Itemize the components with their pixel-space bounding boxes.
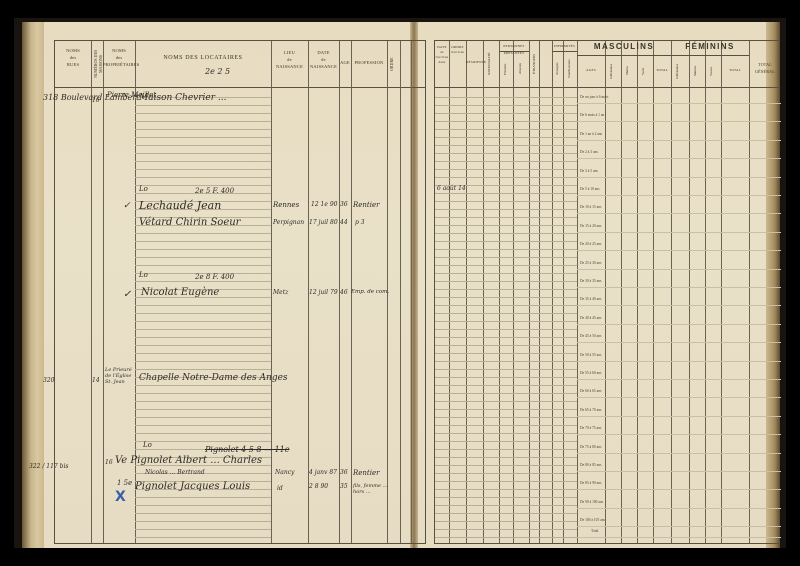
ruled-line <box>435 289 577 290</box>
header-infirmites: INFIRMITÉS <box>552 43 577 50</box>
age-bracket-label: Total <box>591 529 598 533</box>
header-nationalite: NATIONALITÉ <box>487 45 491 83</box>
ruled-line <box>435 369 577 370</box>
header-absents: Absents <box>518 55 522 83</box>
ruled-line <box>135 313 271 314</box>
age-bracket-label: De 15 à 20 ans <box>580 224 601 228</box>
entry-date: 4 janv 87 <box>309 469 337 476</box>
ruled-line <box>435 105 577 106</box>
ruled-line <box>435 529 577 530</box>
header-celibataires-f: Célibataires <box>675 59 679 83</box>
age-bracket-label: De un jour à 6 mois <box>580 95 608 99</box>
ruled-line <box>135 145 271 146</box>
header-numeros: NUMÉROS DES MAISONS <box>93 45 103 83</box>
ruled-line <box>435 321 577 322</box>
ruled-line <box>435 537 577 538</box>
header-maries: Mariés <box>625 59 629 83</box>
ruled-line <box>435 129 577 130</box>
ruled-line <box>435 393 577 394</box>
header-ordre-arrivee: ORDRE d'arrivée <box>449 45 466 55</box>
age-bracket-label: De 50 à 55 ans <box>580 353 601 357</box>
entry-date: 17 juil 80 <box>309 219 338 226</box>
entry-age: 46 <box>340 289 348 296</box>
ruled-line <box>135 409 271 410</box>
ruled-line <box>135 361 271 362</box>
header-divider <box>435 87 779 88</box>
header-aveugles: Aveugles <box>555 55 559 83</box>
entry-profession: Emp. de com. <box>351 289 389 295</box>
age-bracket-rule <box>577 434 781 435</box>
right-table: DATE de l'arrivée dans ORDRE d'arrivée R… <box>434 40 780 544</box>
header-masculins: MASCULINS <box>577 43 671 50</box>
ruled-line <box>135 497 271 498</box>
entry-age: 36 <box>340 469 348 476</box>
ruled-line <box>435 169 577 170</box>
age-bracket-label: De 6 mois à 1 an <box>580 113 604 117</box>
ruled-line <box>435 305 577 306</box>
ruled-line <box>435 313 577 314</box>
ruled-line <box>435 441 577 442</box>
age-bracket-rule <box>577 287 781 288</box>
ruled-line <box>435 433 577 434</box>
entry-locataire: Maison Chevrier ... <box>139 93 227 103</box>
entry-profession: fils, femme ... hors ... <box>353 483 389 495</box>
ruled-line <box>135 425 271 426</box>
header-feminins: FÉMININS <box>671 43 749 50</box>
ruled-line <box>435 521 577 522</box>
header-age: AGE <box>339 59 351 66</box>
ruled-line <box>435 121 577 122</box>
header-noms-des-rues: NOMS des RUES <box>55 47 91 68</box>
ruled-line <box>435 401 577 402</box>
header-veuves: Veuves <box>709 59 713 83</box>
entry-prefix: 1 5e <box>117 479 132 487</box>
entry-locataire: Lechaudé Jean <box>139 199 221 212</box>
age-bracket-label: De 3 à 5 ans <box>580 169 598 173</box>
ruled-line <box>435 153 577 154</box>
ruled-line <box>135 305 271 306</box>
entry-age: 36 <box>340 201 348 208</box>
ruled-line <box>135 353 271 354</box>
header-celibataires-m: Célibataires <box>609 59 613 83</box>
entry-floor-note: 2e 8 F. 400 <box>195 273 234 281</box>
header-total-f: TOTAL <box>721 67 749 74</box>
entry-age: 44 <box>340 219 348 226</box>
entry-age: 35 <box>340 483 348 490</box>
ruled-line <box>135 121 271 122</box>
ruled-line <box>135 161 271 162</box>
ruled-line <box>435 353 577 354</box>
entry-date: 12 1e 90 <box>311 201 337 208</box>
ruled-line <box>135 369 271 370</box>
age-bracket-label: De 100 à 105 ans <box>580 518 605 522</box>
age-bracket-rule <box>577 508 781 509</box>
ruled-line <box>435 497 577 498</box>
ruled-line <box>435 113 577 114</box>
ruled-line <box>435 425 577 426</box>
age-bracket-rule <box>577 416 781 417</box>
header-veufs: Veufs <box>641 59 645 83</box>
ruled-line <box>135 417 271 418</box>
header-etrangers: ÉTRANGERS <box>532 45 536 83</box>
ruled-line <box>135 265 271 266</box>
age-bracket-rule <box>577 526 781 527</box>
entry-locataire-struck: Pignolet 4 5 8 — 11e <box>205 445 289 454</box>
ruled-line <box>435 481 577 482</box>
entry-profession: Rentier <box>353 201 379 209</box>
ruled-line <box>435 137 577 138</box>
header-total-general: TOTAL GÉNÉRAL <box>749 61 781 75</box>
ruled-line <box>135 345 271 346</box>
header-proprietaires: NOMS des PROPRIÉTAIRES <box>103 47 135 68</box>
ruled-line <box>435 473 577 474</box>
ruled-line <box>435 361 577 362</box>
age-bracket-rule <box>577 537 781 538</box>
header-divider <box>55 87 425 88</box>
entry-prefix: Lo <box>139 271 148 279</box>
ruled-line <box>435 97 577 98</box>
ruled-line <box>435 457 577 458</box>
age-bracket-rule <box>577 379 781 380</box>
age-bracket-rule <box>577 232 781 233</box>
age-bracket-rule <box>577 397 781 398</box>
entry-date: 12 juil 79 <box>309 289 338 296</box>
ruled-line <box>435 193 577 194</box>
ruled-line <box>435 241 577 242</box>
entry-locataire: Chapelle Notre-Dame des Anges <box>139 373 288 383</box>
ruled-line <box>435 145 577 146</box>
entry-lieu: Metz <box>273 289 288 296</box>
ruled-line <box>435 249 577 250</box>
ruled-line <box>135 401 271 402</box>
ruled-line <box>435 417 577 418</box>
age-bracket-rule <box>577 158 781 159</box>
entry-locataire-line2: Nicolas ... Bertrand <box>145 469 205 476</box>
entry-numero: 16 <box>92 97 100 104</box>
entry-rue: 322 / 117 bis <box>29 463 69 470</box>
ruled-line <box>435 345 577 346</box>
entry-numero: 14 <box>92 377 100 384</box>
entry-locataire: Ve Pignolet Albert ... Charles <box>115 455 262 466</box>
ruled-line <box>435 177 577 178</box>
ruled-line <box>435 233 577 234</box>
entry-proprietaire: Le Prieuré de l'Église St. Jean <box>105 367 135 385</box>
ruled-line <box>435 489 577 490</box>
entry-rue: 320 <box>43 377 54 384</box>
age-bracket-label: De 75 à 80 ans <box>580 445 601 449</box>
ruled-line <box>135 137 271 138</box>
age-bracket-rule <box>577 453 781 454</box>
ruled-line <box>435 329 577 330</box>
blue-cross-mark-icon: X <box>115 489 126 505</box>
header-locataires: NOMS DES LOCATAIRES <box>135 55 271 62</box>
ruled-line <box>135 129 271 130</box>
age-bracket-label: De 30 à 35 ans <box>580 279 601 283</box>
header-ages: AGES <box>577 67 605 74</box>
age-bracket-label: De 80 à 85 ans <box>580 463 601 467</box>
ruled-line <box>135 513 271 514</box>
ruled-line <box>435 209 577 210</box>
ruled-line <box>135 433 271 434</box>
age-bracket-rule <box>577 269 781 270</box>
age-bracket-rule <box>577 140 781 141</box>
ruled-line <box>435 505 577 506</box>
entry-lieu: Nancy <box>275 469 294 476</box>
entry-lieu: Perpignan <box>273 219 304 226</box>
floor-note: 2e 2 5 <box>205 67 230 76</box>
entry-floor-note: 2e 5 F. 400 <box>195 187 234 195</box>
ruled-line <box>135 441 271 442</box>
ruled-line <box>135 233 271 234</box>
ruled-line <box>435 297 577 298</box>
age-bracket-label: De 70 à 75 ans <box>580 426 601 430</box>
ruled-line <box>135 177 271 178</box>
age-bracket-rule <box>577 305 781 306</box>
check-mark-icon: ✓ <box>123 201 131 211</box>
entry-date: 2 8 90 <box>309 483 328 490</box>
ruled-line <box>135 281 271 282</box>
ruled-line <box>135 337 271 338</box>
ruled-line <box>135 393 271 394</box>
ruled-line <box>135 105 271 106</box>
entry-locataire: Pignolet Jacques Louis <box>135 481 250 492</box>
age-bracket-rule <box>577 103 781 104</box>
ruled-line <box>435 161 577 162</box>
ruled-line <box>435 465 577 466</box>
age-bracket-label: De 5 à 10 ans <box>580 187 600 191</box>
age-bracket-label: De 25 à 30 ans <box>580 261 601 265</box>
header-sourds: Sourds-muets <box>567 55 571 83</box>
ruled-line <box>435 201 577 202</box>
entry-profession: Rentier <box>353 469 379 477</box>
check-mark-icon: ✓ <box>123 289 131 300</box>
ruled-line <box>435 281 577 282</box>
age-bracket-label: De 65 à 70 ans <box>580 408 601 412</box>
age-bracket-rule <box>577 471 781 472</box>
ruled-line <box>435 337 577 338</box>
age-bracket-label: De 60 à 65 ans <box>580 389 601 393</box>
ruled-line <box>435 385 577 386</box>
ruled-line <box>435 225 577 226</box>
ruled-line <box>135 169 271 170</box>
age-bracket-rule <box>577 324 781 325</box>
header-residence: RÉSIDENCE <box>466 59 483 66</box>
left-table: NOMS des RUES NUMÉROS DES MAISONS NOMS d… <box>54 40 426 544</box>
age-bracket-label: De 10 à 15 ans <box>580 205 601 209</box>
header-presents: Présents <box>503 55 507 83</box>
entry-prefix: Lo <box>139 185 148 193</box>
ruled-line <box>135 521 271 522</box>
age-bracket-label: De 2 à 3 ans <box>580 150 598 154</box>
age-bracket-rule <box>577 489 781 490</box>
age-bracket-rule <box>577 342 781 343</box>
age-bracket-rule <box>577 177 781 178</box>
ruled-line <box>435 273 577 274</box>
header-total-m: TOTAL <box>653 67 671 74</box>
ruled-line <box>135 505 271 506</box>
ruled-line <box>135 113 271 114</box>
ruled-line <box>435 265 577 266</box>
ruled-line <box>435 377 577 378</box>
age-bracket-label: De 45 à 50 ans <box>580 334 601 338</box>
entry-prefix: Lo <box>143 441 152 449</box>
ruled-line <box>435 449 577 450</box>
header-mariees: Mariées <box>693 59 697 83</box>
ruled-line <box>435 257 577 258</box>
ruled-line <box>135 321 271 322</box>
ruled-line <box>435 513 577 514</box>
age-bracket-label: De 40 à 45 ans <box>580 316 601 320</box>
age-bracket-label: De 1 an à 2 ans <box>580 132 602 136</box>
header-date-arrivee: DATE de l'arrivée dans <box>435 45 449 65</box>
ruled-line <box>435 409 577 410</box>
age-bracket-label: De 55 à 60 ans <box>580 371 601 375</box>
header-lieu-naissance: LIEU de NAISSANCE <box>271 49 308 70</box>
header-date-naissance: DATE de NAISSANCE <box>308 49 339 70</box>
entry-numero: 16 <box>105 459 113 466</box>
ruled-line <box>135 257 271 258</box>
entry-lieu: Rennes <box>273 201 299 209</box>
entry-locataire: Vétard Chirin Soeur <box>139 217 240 228</box>
age-bracket-label: De 20 à 25 ans <box>580 242 601 246</box>
entry-locataire: Nicolat Eugène <box>141 287 219 298</box>
ruled-line <box>135 537 271 538</box>
age-bracket-label: De 35 à 40 ans <box>580 297 601 301</box>
age-bracket-rule <box>577 213 781 214</box>
ruled-line <box>135 385 271 386</box>
age-bracket-label: De 85 à 90 ans <box>580 481 601 485</box>
ruled-line <box>135 153 271 154</box>
ruled-line <box>135 241 271 242</box>
age-bracket-rule <box>577 361 781 362</box>
arrival-note: 6 août 14 <box>437 185 466 192</box>
header-profession: PROFESSION <box>351 59 387 66</box>
age-bracket-rule <box>577 250 781 251</box>
ruled-line <box>135 529 271 530</box>
ruled-line <box>435 217 577 218</box>
register-book: NOMS des RUES NUMÉROS DES MAISONS NOMS d… <box>14 18 786 548</box>
age-bracket-label: De 90 à 100 ans <box>580 500 603 504</box>
age-bracket-rule <box>577 121 781 122</box>
ruled-line <box>135 249 271 250</box>
ruled-line <box>135 185 271 186</box>
entry-profession: p 3 <box>355 219 365 226</box>
entry-lieu: id <box>277 485 283 492</box>
header-ordre: ORDRE <box>389 45 394 83</box>
age-bracket-rule <box>577 195 781 196</box>
ruled-line <box>135 329 271 330</box>
